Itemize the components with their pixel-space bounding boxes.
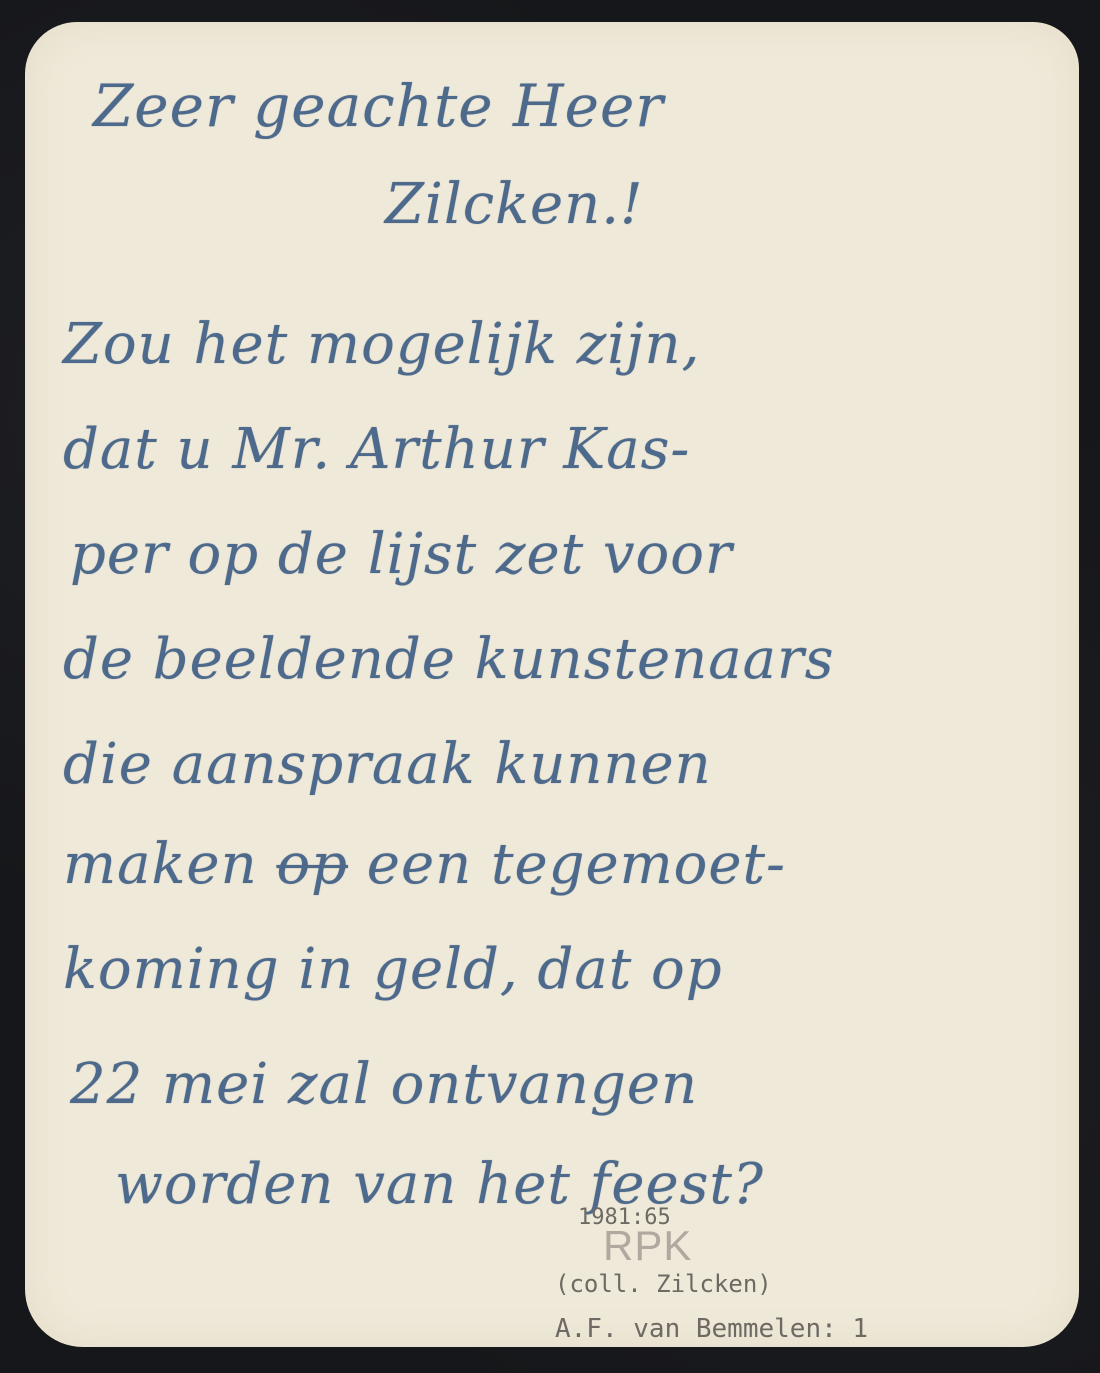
struck-word: op xyxy=(276,832,348,897)
body-line-7: koming in geld, dat op xyxy=(63,937,723,1002)
body-line-2: dat u Mr. Arthur Kas- xyxy=(63,417,690,482)
salutation-line-2: Zilcken.! xyxy=(385,172,644,237)
body-line-6-after: een tegemoet- xyxy=(348,832,786,897)
salutation-line-1: Zeer geachte Heer xyxy=(93,72,664,140)
rpk-stamp: RPK xyxy=(603,1222,692,1270)
body-line-6: maken op een tegemoet- xyxy=(63,832,786,897)
collection-note: (coll. Zilcken) xyxy=(555,1270,772,1298)
body-line-6-before: maken xyxy=(63,832,276,897)
body-line-4: de beeldende kunstenaars xyxy=(63,627,834,692)
body-line-8: 22 mei zal ontvangen xyxy=(70,1052,698,1117)
body-line-5: die aanspraak kunnen xyxy=(63,732,712,797)
author-reference: A.F. van Bemmelen: 1 xyxy=(555,1314,868,1344)
body-line-1: Zou het mogelijk zijn, xyxy=(63,312,700,377)
letter-card: Zeer geachte Heer Zilcken.! Zou het moge… xyxy=(25,22,1079,1347)
body-line-3: per op de lijst zet voor xyxy=(70,522,733,587)
